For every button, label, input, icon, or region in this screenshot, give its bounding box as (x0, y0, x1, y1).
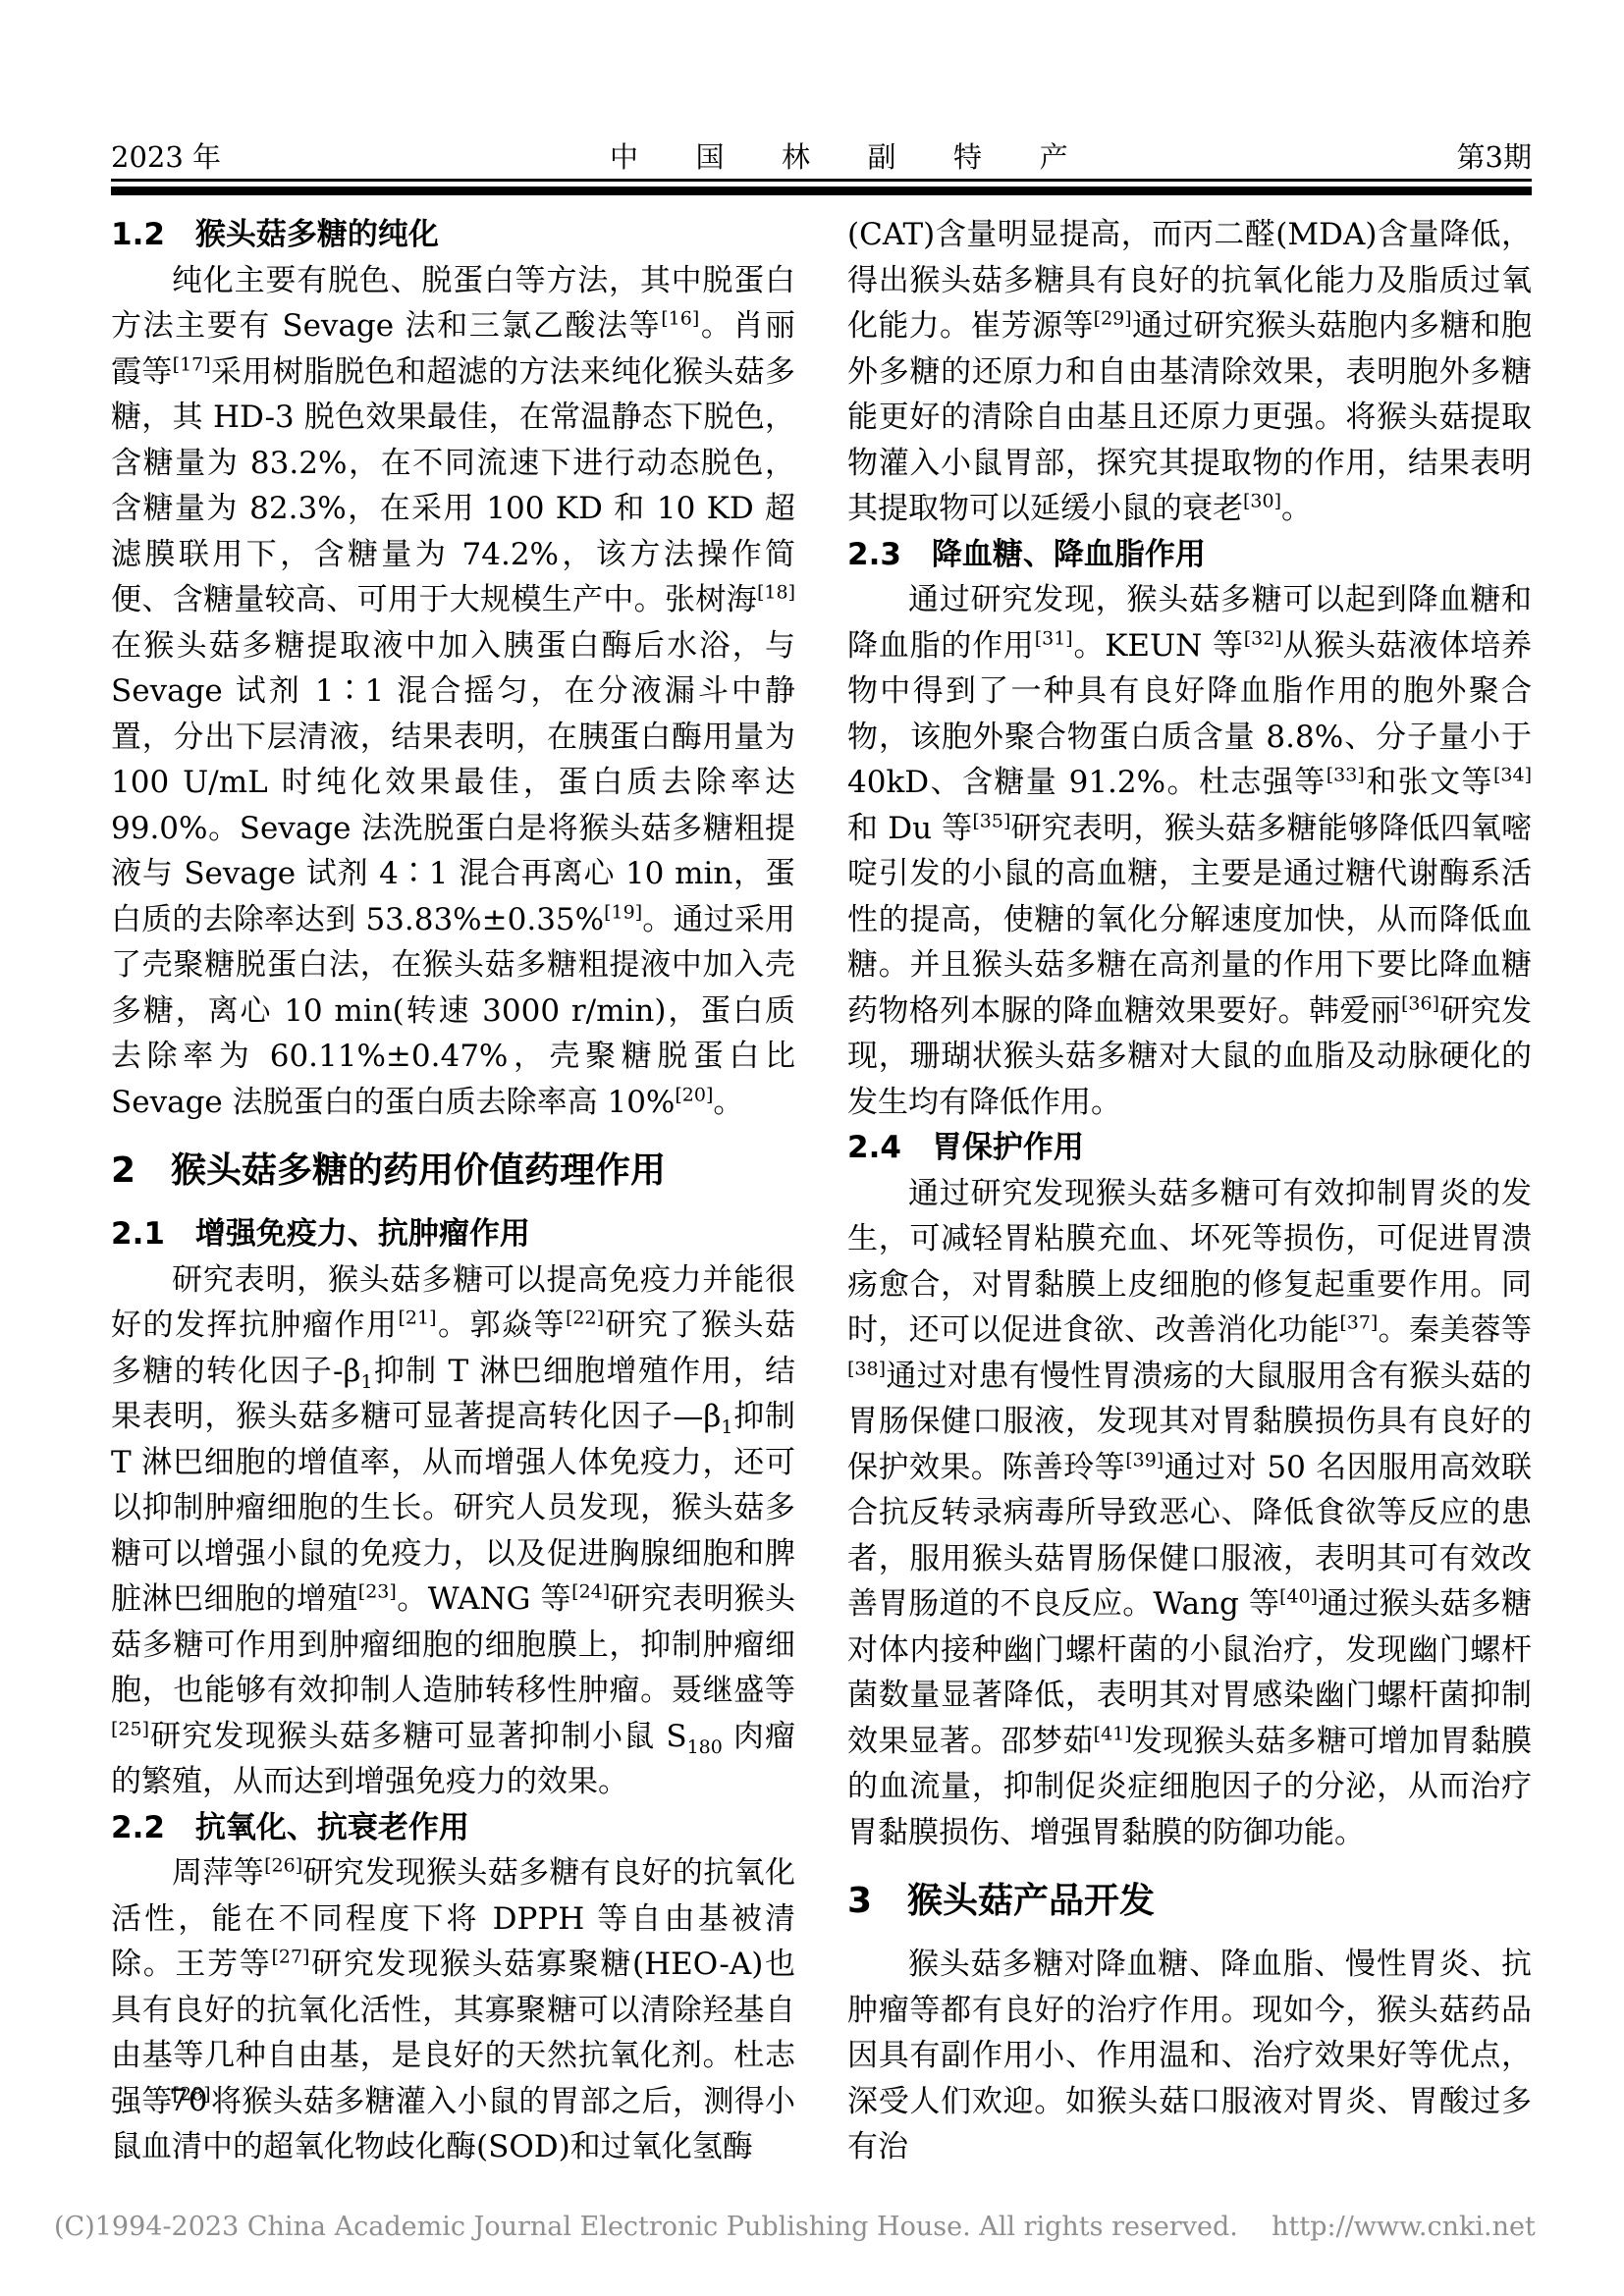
paragraph-immunity-antitumor: 研究表明，猴头菇多糖可以提高免疫力并能很好的发挥抗肿瘤作用[21]。郭焱等[22… (111, 1257, 795, 1805)
footer-copyright: (C)1994-2023 China Academic Journal Elec… (54, 2212, 1566, 2243)
header-rule-thin (111, 179, 1532, 182)
paragraph-purification: 纯化主要有脱色、脱蛋白等方法，其中脱蛋白方法主要有 Sevage 法和三氯乙酸法… (111, 258, 795, 1126)
left-column: 1.2 猴头菇多糖的纯化 纯化主要有脱色、脱蛋白等方法，其中脱蛋白方法主要有 S… (111, 212, 795, 2170)
header-year: 2023 年 (111, 140, 221, 174)
issue-number: 第3期 (1457, 140, 1532, 174)
paragraph-product-development: 猴头菇多糖对降血糖、降血脂、慢性胃炎、抗肿瘤等都有良好的治疗作用。现如今，猴头菇… (847, 1942, 1532, 2170)
right-column: (CAT)含量明显提高，而丙二醛(MDA)含量降低，得出猴头菇多糖具有良好的抗氧… (847, 212, 1532, 2170)
page-header: 2023 年 中 国 林 副 特 产 第3期 (111, 140, 1532, 174)
paragraph-hypoglycemic: 通过研究发现，猴头菇多糖可以起到降血糖和降血脂的作用[31]。KEUN 等[32… (847, 577, 1532, 1125)
heading-1-2: 1.2 猴头菇多糖的纯化 (111, 212, 795, 258)
heading-section-3: 3 猴头菇产品开发 (847, 1875, 1532, 1928)
paragraph-gastroprotective: 通过研究发现猴头菇多糖可有效抑制胃炎的发生，可减轻胃粘膜充血、坏死等损伤，可促进… (847, 1171, 1532, 1856)
paragraph-antioxidant: 周萍等[26]研究发现猴头菇多糖有良好的抗氧化活性，能在不同程度下将 DPPH … (111, 1850, 795, 2170)
page-number: 70 (169, 2083, 207, 2118)
body-columns: 1.2 猴头菇多糖的纯化 纯化主要有脱色、脱蛋白等方法，其中脱蛋白方法主要有 S… (111, 212, 1532, 2170)
header-rule-thick (111, 187, 1532, 195)
journal-page: 2023 年 中 国 林 副 特 产 第3期 1.2 猴头菇多糖的纯化 纯化主要… (0, 0, 1624, 2296)
heading-2-1: 2.1 增强免疫力、抗肿瘤作用 (111, 1211, 795, 1257)
journal-title: 中 国 林 副 特 产 (585, 140, 1092, 174)
paragraph-antioxidant-cont: (CAT)含量明显提高，而丙二醛(MDA)含量降低，得出猴头菇多糖具有良好的抗氧… (847, 212, 1532, 532)
heading-2-4: 2.4 胃保护作用 (847, 1125, 1532, 1171)
heading-2-3: 2.3 降血糖、降血脂作用 (847, 532, 1532, 578)
heading-2-2: 2.2 抗氧化、抗衰老作用 (111, 1805, 795, 1851)
heading-section-2: 2 猴头菇多糖的药用价值药理作用 (111, 1145, 795, 1198)
